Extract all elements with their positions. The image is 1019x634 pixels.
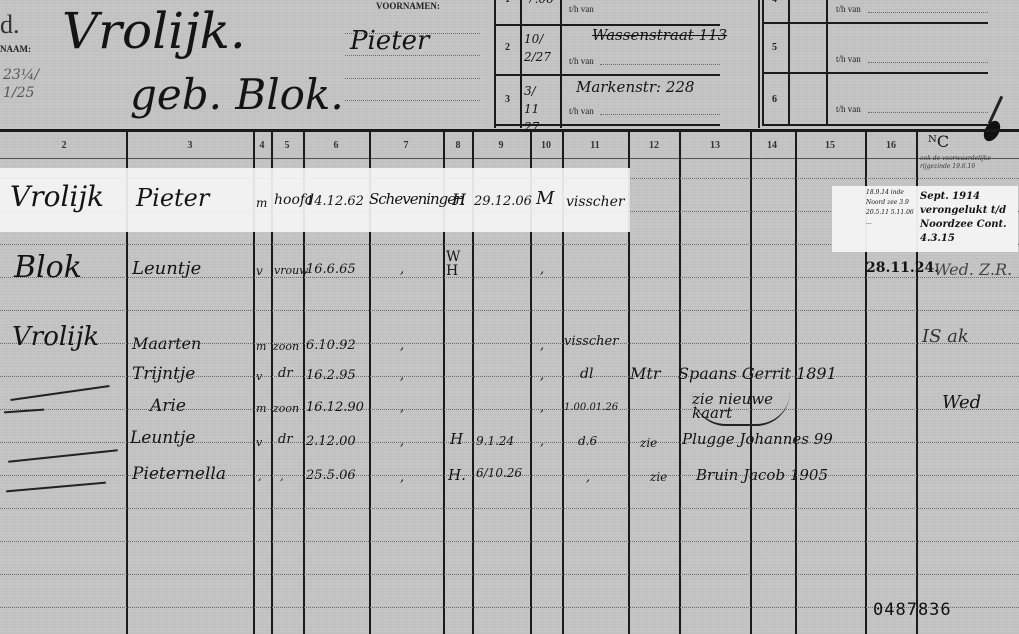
col-header-5: 5: [267, 140, 307, 151]
row2-religion: W H: [446, 250, 470, 278]
thvan-1: t/h van: [569, 4, 594, 14]
row6-religion: H: [450, 430, 463, 448]
row-guide-line: [0, 607, 1019, 608]
row7-col13: Bruin Jacob 1905: [696, 466, 828, 484]
row3-surname: Vrolijk: [12, 322, 99, 352]
row5-col13: zie nieuwe kaart: [692, 392, 790, 426]
row7-birthplace: ,: [400, 470, 404, 485]
ditto-stroke: [6, 482, 106, 493]
address-num-1: 1: [505, 0, 510, 5]
ditto-stroke: [8, 449, 118, 462]
row2-relation: vrouw: [274, 264, 309, 277]
row1-given: Pieter: [136, 184, 209, 212]
row4-occupation: dl: [580, 366, 593, 382]
col-header-13: 13: [695, 140, 735, 151]
row1-date9: 29.12.06: [474, 194, 532, 209]
col-header-6: 6: [316, 140, 356, 151]
address-date-2: 10/ 2/27: [524, 30, 554, 66]
thvan-2: t/h van: [569, 56, 594, 66]
row7-given: Pieternella: [132, 464, 226, 484]
row4-relation: dr: [278, 366, 293, 381]
row4-col10: ,: [540, 368, 544, 383]
col-header-10: 10: [526, 140, 566, 151]
col-header-9: 9: [481, 140, 521, 151]
row1-surname: Vrolijk: [10, 180, 104, 213]
row5-col17: Wed: [942, 392, 981, 413]
row6-date9: 9.1.24: [476, 434, 514, 448]
row2-col10: ,: [540, 262, 544, 277]
registration-card: d. NAAM: 23¼/ 1/25 Vrolijk. geb. Blok. V…: [0, 0, 1019, 634]
label-partial: d.: [0, 10, 20, 40]
label-naam: NAAM:: [0, 44, 31, 54]
given-name-header: Pieter: [350, 26, 429, 56]
address-num-6: 6: [772, 94, 777, 105]
row5-birthplace: ,: [400, 400, 404, 415]
thvan-6: t/h van: [836, 104, 861, 114]
row4-birthplace: ,: [400, 368, 404, 383]
col-header-11: 11: [575, 140, 615, 151]
row6-relation: dr: [278, 432, 293, 447]
voornamen-label: VOORNAMEN:: [376, 1, 440, 11]
row3-given: Maarten: [132, 334, 201, 353]
row1-religion: H: [452, 190, 466, 209]
col-header-8: 8: [438, 140, 478, 151]
row2-birthplace: ,: [400, 262, 404, 277]
row5-sex: m: [256, 402, 266, 415]
row6-col12: zie: [640, 436, 657, 450]
row-guide-line: [0, 541, 1019, 542]
row4-col12: Mtr: [630, 364, 660, 383]
margin-note: 23¼/ 1/25: [3, 66, 31, 102]
col-header-16: 16: [871, 140, 911, 151]
row3-relation: zoon: [273, 340, 299, 353]
row6-given: Leuntje: [130, 428, 195, 448]
row6-birthplace: ,: [400, 434, 404, 449]
maiden-name-header: geb. Blok.: [130, 70, 344, 119]
row7-date9: 6/10.26: [476, 466, 522, 480]
thvan-4: t/h van: [836, 4, 861, 14]
row1-col16: 18.9.14 inde Noord zee 3.9 20.5.11 5.11.…: [866, 188, 916, 228]
row4-given: Trijntje: [132, 364, 195, 384]
ditto-stroke: [10, 385, 109, 401]
row1-birthplace: Scheveningen: [369, 190, 464, 208]
row1-born: 14.12.62: [306, 194, 364, 209]
row5-occupation: 1.00.01.26: [564, 402, 618, 413]
row7-born: 25.5.06: [306, 468, 356, 483]
col-header-3: 3: [170, 140, 210, 151]
col17-note: ook de voorwaardelijke rijgezinde 19.6.1…: [920, 155, 1015, 171]
serial-number: 0487836: [873, 600, 952, 620]
row5-relation: zoon: [273, 402, 299, 415]
row3-sex: m: [256, 340, 266, 353]
col-header-7: 7: [386, 140, 426, 151]
row7-sex: ,: [258, 470, 262, 483]
row7-col10: ,: [586, 470, 590, 485]
row2-born: 16.6.65: [306, 262, 356, 277]
row6-born: 2.12.00: [306, 434, 356, 449]
row3-occupation: visscher: [564, 334, 618, 349]
row-guide-line: [0, 508, 1019, 509]
address-num-5: 5: [772, 42, 777, 53]
address-date-1: 7.06: [527, 0, 554, 6]
row3-birthplace: ,: [400, 338, 404, 353]
col-header-15: 15: [810, 140, 850, 151]
row3-col10: ,: [540, 338, 544, 353]
row2-sex: v: [256, 264, 263, 278]
row4-sex: v: [256, 370, 262, 383]
address-date-3: 3/ 11 27: [524, 82, 554, 136]
row7-relation: ,: [280, 470, 284, 483]
row6-col10: ,: [540, 434, 544, 449]
row3-col17: IS ak: [922, 326, 969, 347]
row1-col17: Sept. 1914 verongelukt t/d Noordzee Cont…: [920, 190, 1018, 246]
row7-religion: H.: [448, 466, 466, 484]
row5-given: Arie: [150, 396, 186, 416]
address-street-3: Markenstr: 228: [576, 78, 694, 96]
row1-occupation: visscher: [566, 194, 625, 210]
row-guide-line: [0, 310, 1019, 311]
row4-born: 16.2.95: [306, 368, 356, 383]
col-header-14: 14: [752, 140, 792, 151]
col-header-2: 2: [44, 140, 84, 151]
thvan-3: t/h van: [569, 106, 594, 116]
surname-header: Vrolijk.: [62, 2, 246, 60]
row6-col13: Plugge Johannes 99: [682, 430, 833, 448]
row2-col17: Wed. Z.R.: [934, 260, 1012, 279]
row5-col10: ,: [540, 400, 544, 415]
row2-given: Leuntje: [132, 258, 201, 279]
address-num-3: 3: [505, 94, 510, 105]
row7-col12: zie: [650, 470, 667, 484]
col-header-12: 12: [634, 140, 674, 151]
address-street-2: Wassenstraat 113: [592, 26, 727, 44]
address-num-2: 2: [505, 42, 510, 53]
thvan-5: t/h van: [836, 54, 861, 64]
row-guide-line: [0, 574, 1019, 575]
row3-born: 6.10.92: [306, 338, 356, 353]
row1-col10: M: [536, 188, 554, 209]
row6-occupation: d.6: [578, 434, 597, 448]
row6-sex: v: [256, 436, 262, 449]
row2-col16: 28.11.24.: [866, 260, 939, 276]
row2-surname: Blok: [14, 250, 82, 285]
col-header-17: ᴺC: [928, 132, 949, 151]
row5-born: 16.12.90: [306, 400, 364, 415]
row4-col13: Spaans Gerrit 1891: [678, 364, 837, 383]
row1-sex: m: [256, 196, 267, 210]
address-num-4: 4: [772, 0, 777, 5]
